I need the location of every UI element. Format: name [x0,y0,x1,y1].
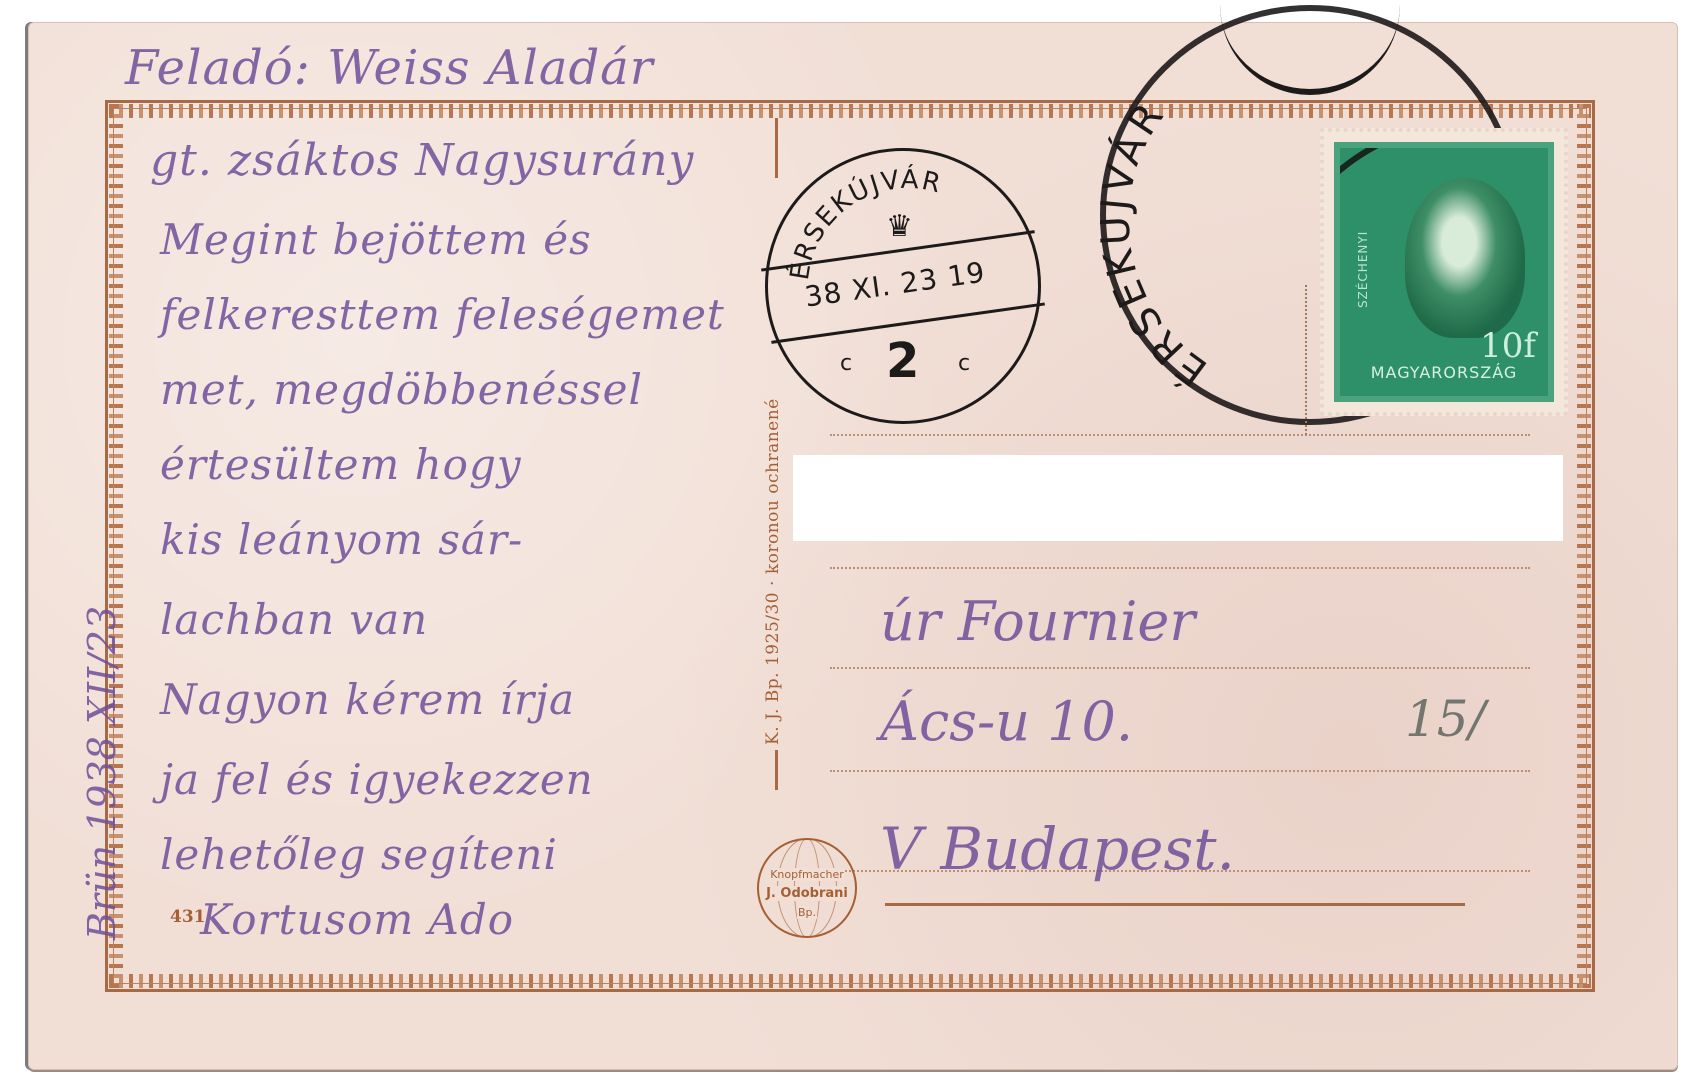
address-name: úr Fournier [880,590,1195,653]
card-number: 431 [170,907,206,927]
message-line: lehetőleg segíteni [160,830,558,879]
message-line: felkeresttem feleségemet [160,290,725,339]
address-line [830,667,1530,669]
crown-icon: ♛ [886,209,913,244]
redaction-box [793,455,1563,541]
printer-logo-line2: J. Odobrani [765,886,849,901]
message-line: Kortusom Ado [200,895,514,944]
address-line [830,434,1530,436]
address-line [830,567,1530,569]
printer-logo-line1: Knopfmacher [769,868,845,881]
message-line: kis leányom sár- [160,515,523,564]
postmark-letter: c [958,351,970,376]
sender-line: gt. zsáktos Nagysurány [150,135,694,186]
address-street: Ács-u 10. [880,690,1133,753]
pencil-note: 15/ [1405,690,1485,748]
svg-text:ÉRSEKÚJVÁR: ÉRSEKÚJVÁR [1100,92,1216,396]
stamp-cancellation [1334,142,1554,402]
postmark-letter: c [840,351,852,376]
printer-logo-line3: Bp. [797,906,817,919]
stamp-guide-line [1305,285,1309,435]
center-divider-bottom [775,750,778,790]
message-line: lachban van [160,595,428,644]
printer-logo-globe-icon: Knopfmacher J. Odobrani Bp. [757,838,857,938]
address-underline [885,903,1465,906]
message-line: met, megdöbbenéssel [160,365,643,414]
address-line [830,770,1530,772]
message-line: ja fel és igyekezzen [160,755,594,804]
message-line: értesültem hogy [160,440,522,489]
postmark-small: ÉRSEKÚJVÁR ♛ 38 XI. 23 19 2 c c [765,148,1041,424]
sender-line: Feladó: Weiss Aladár [125,40,654,96]
printer-imprint: K. J. Bp. 1925/30 · koronou ochranené [763,398,783,745]
message-line: Nagyon kérem írja [160,675,575,724]
postage-stamp: SZÉCHENYI 10f MAGYARORSZÁG [1320,128,1568,416]
side-note: Brün 1938 XII/23 [80,606,124,940]
message-line: Megint bejöttem és [160,215,592,264]
address-city: V Budapest. [880,815,1235,883]
stamp-face: SZÉCHENYI 10f MAGYARORSZÁG [1334,142,1554,402]
postmark-number: 2 [886,333,919,389]
